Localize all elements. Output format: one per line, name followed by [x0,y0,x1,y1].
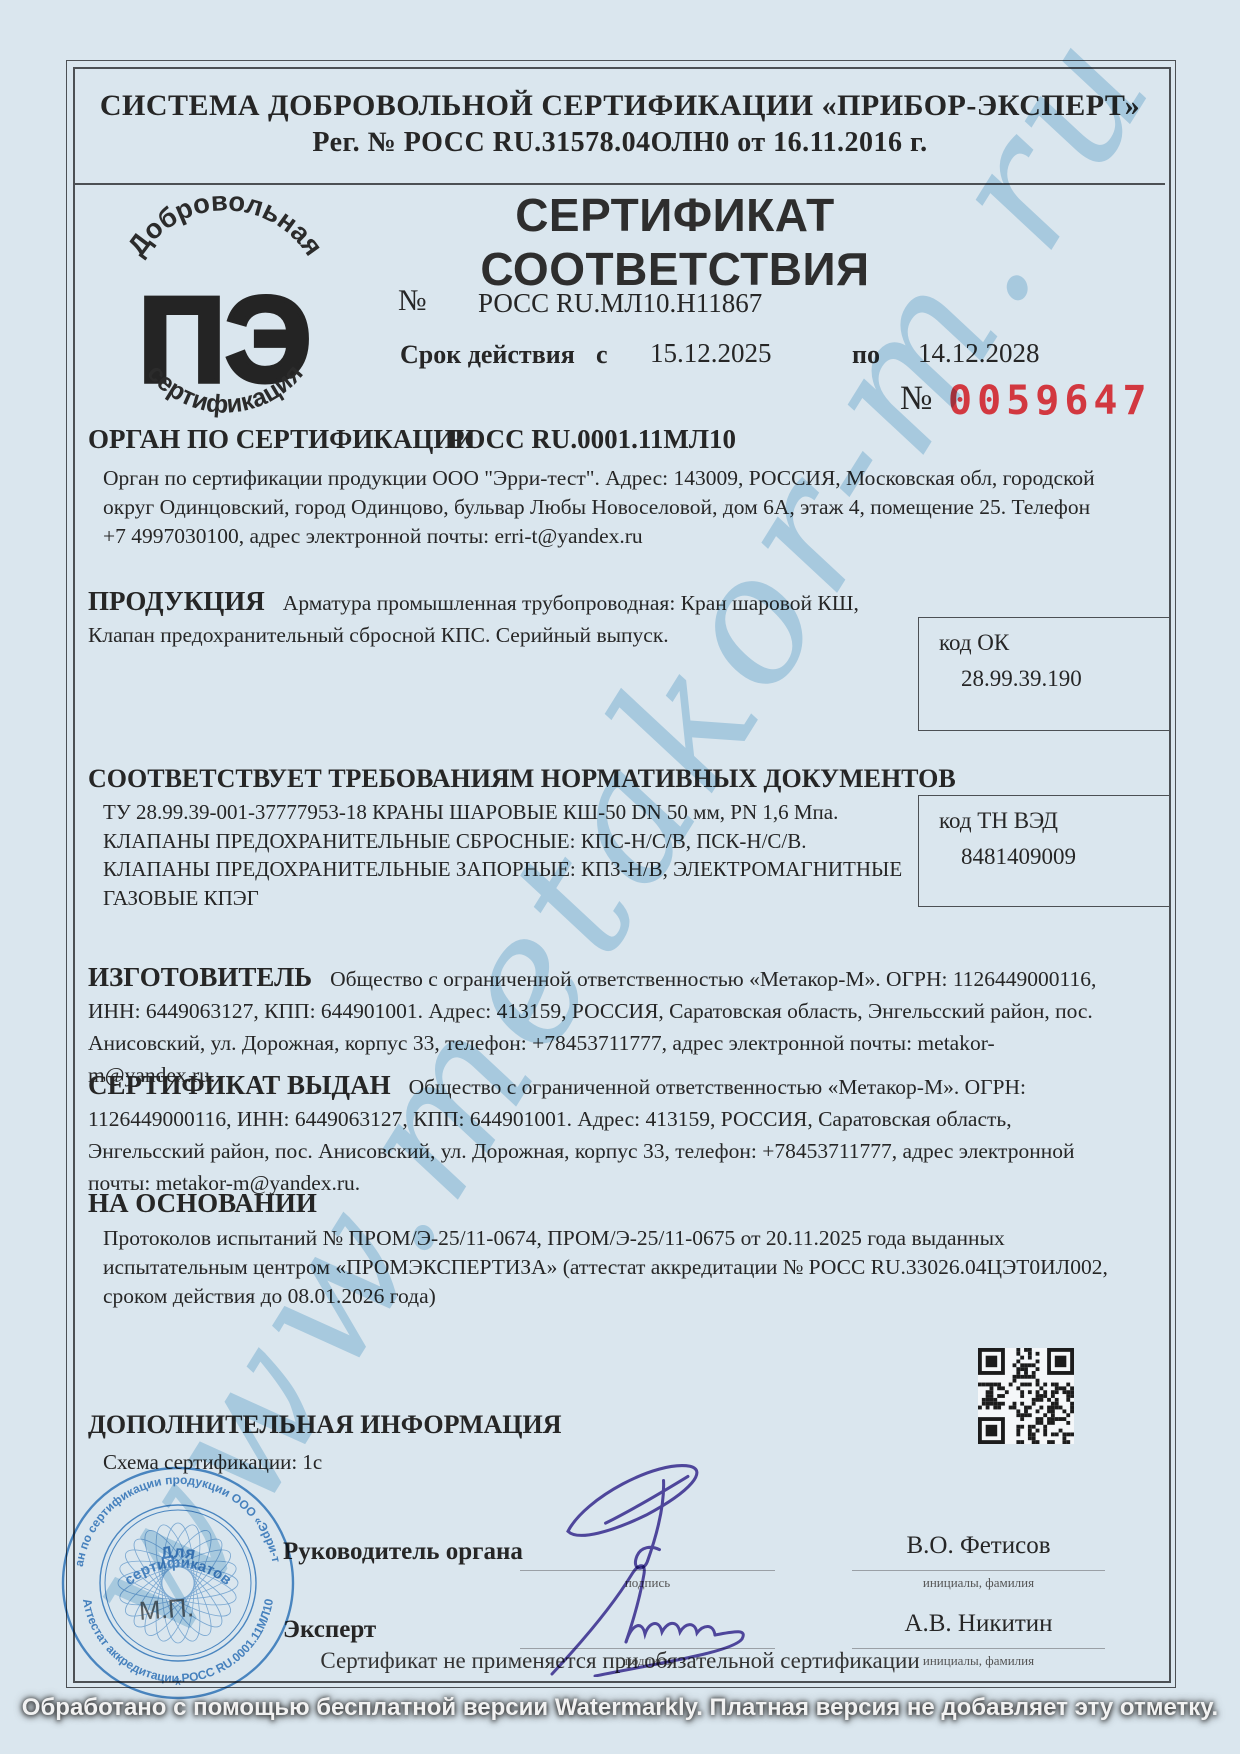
tnved-code-label: код ТН ВЭД [939,808,1058,834]
compliance-heading: СООТВЕТСТВУЕТ ТРЕБОВАНИЯМ НОРМАТИВНЫХ ДО… [88,764,956,794]
head-name-sublabel: инициалы, фамилия [852,1575,1105,1591]
head-name-line [852,1570,1105,1571]
cert-number-label: № [398,284,427,318]
cert-number-value: РОСС RU.МЛ10.Н11867 [478,288,762,319]
ok-code-box: код ОК 28.99.39.190 [918,617,1170,731]
certificate-page: СИСТЕМА ДОБРОВОЛЬНОЙ СЕРТИФИКАЦИИ «ПРИБО… [0,0,1240,1754]
tnved-code-box: код ТН ВЭД 8481409009 [918,795,1170,907]
head-role-label: Руководитель органа [283,1538,523,1566]
org-address-text: Орган по сертификации продукции ООО "Эрр… [103,464,1118,551]
watermarkly-notice: Обработано с помощью бесплатной версии W… [0,1694,1240,1722]
validity-label: Срок действия [400,340,575,370]
svg-text:Добровольная: Добровольная [121,186,329,261]
validity-from-label: с [596,340,608,370]
head-name: В.О. Фетисов [852,1532,1105,1560]
expert-signature [535,1552,770,1677]
qr-code [978,1348,1074,1444]
tnved-code-value: 8481409009 [961,844,1076,870]
manufacturer-heading: ИЗГОТОВИТЕЛЬ [88,962,312,992]
pe-logo: Добровольная ПЭ сертификация [103,186,347,430]
ok-code-value: 28.99.39.190 [961,666,1082,692]
ok-code-label: код ОК [939,630,1009,656]
logo-arc-top: Добровольная [121,186,329,261]
org-registry-code: РОСС RU.0001.11МЛ10 [448,424,736,455]
expert-name: А.В. Никитин [852,1610,1105,1638]
issued-section: СЕРТИФИКАТ ВЫДАН Общество с ограниченной… [88,1070,1120,1201]
product-heading: ПРОДУКЦИЯ [88,586,265,616]
org-section-heading: ОРГАН ПО СЕРТИФИКАЦИИ [88,424,475,455]
validity-from-date: 15.12.2025 [650,338,772,369]
